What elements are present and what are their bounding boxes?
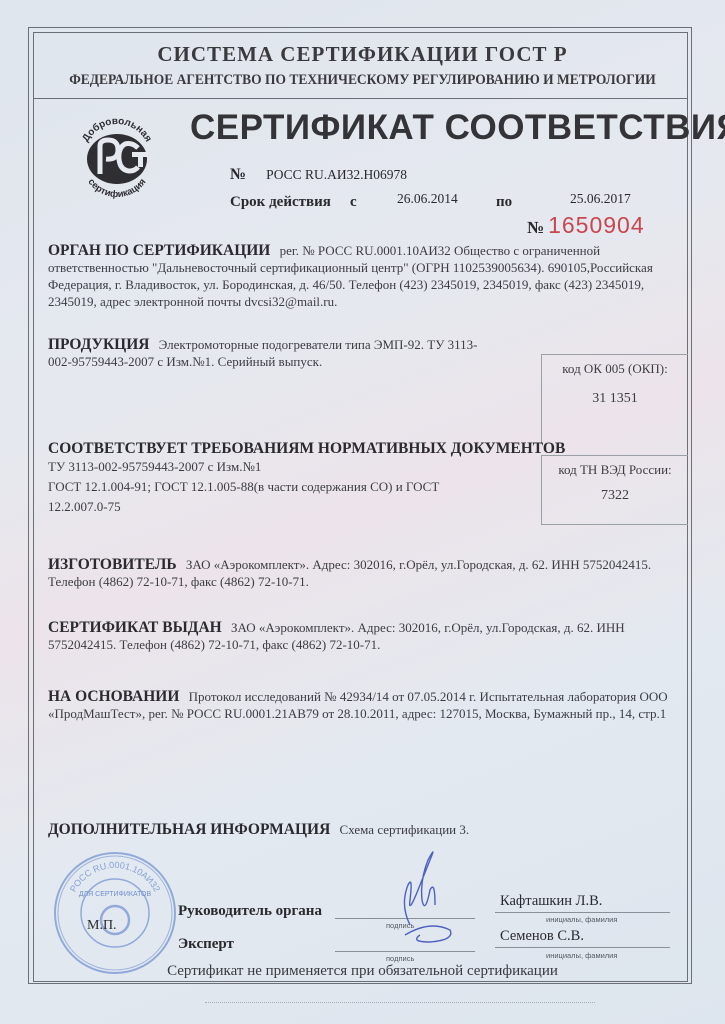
- manufacturer-section: ИЗГОТОВИТЕЛЬ ЗАО «Аэрокомплект». Адрес: …: [48, 556, 688, 590]
- manufacturer-label: ИЗГОТОВИТЕЛЬ: [48, 556, 177, 573]
- tnved-code-box: код ТН ВЭД России: 7322: [541, 455, 688, 525]
- okp-code-value: 31 1351: [542, 391, 688, 407]
- issued-to-label: СЕРТИФИКАТ ВЫДАН: [48, 619, 222, 636]
- agency-name: ФЕДЕРАЛЬНОЕ АГЕНТСТВО ПО ТЕХНИЧЕСКОМУ РЕ…: [25, 72, 699, 89]
- expert-label: Эксперт: [178, 936, 234, 953]
- conformity-doc-line: ГОСТ 12.1.004-91; ГОСТ 12.1.005-88(в час…: [48, 478, 528, 495]
- additional-info-section: ДОПОЛНИТЕЛЬНАЯ ИНФОРМАЦИЯ Схема сертифик…: [48, 821, 688, 838]
- expert-signature-caption: подпись: [386, 954, 414, 963]
- tnved-code-label: код ТН ВЭД России:: [542, 462, 688, 478]
- basis-label: НА ОСНОВАНИИ: [48, 688, 179, 705]
- product-section: ПРОДУКЦИЯ Электромоторные подогреватели …: [48, 336, 488, 370]
- valid-from-date: 26.06.2014: [397, 191, 458, 207]
- blank-number: 1650904: [548, 212, 645, 238]
- head-label: Руководитель органа: [178, 903, 322, 920]
- seal-place-label: М.П.: [87, 918, 117, 934]
- expert-name-caption: инициалы, фамилия: [546, 951, 617, 960]
- additional-info-label: ДОПОЛНИТЕЛЬНАЯ ИНФОРМАЦИЯ: [48, 821, 330, 838]
- blank-number-row: № 1650904: [527, 212, 645, 239]
- validity-to-label: по: [496, 194, 512, 211]
- printer-microtext-line: [205, 1000, 595, 1004]
- head-name-caption: инициалы, фамилия: [546, 915, 617, 924]
- header-divider: [33, 98, 688, 99]
- validity-label: Срок действия: [230, 194, 331, 211]
- issued-to-section: СЕРТИФИКАТ ВЫДАН ЗАО «Аэрокомплект». Адр…: [48, 619, 648, 653]
- basis-section: НА ОСНОВАНИИ Протокол исследований № 429…: [48, 688, 688, 722]
- validity-from-label: с: [350, 194, 357, 211]
- tnved-code-value: 7322: [542, 488, 688, 504]
- blank-number-sign: №: [527, 218, 544, 237]
- conformity-documents: ТУ 3113-002-95759443-2007 с Изм.№1 ГОСТ …: [48, 458, 528, 515]
- head-name-line: [495, 912, 670, 913]
- svg-text:ДЛЯ СЕРТИФИКАТОВ: ДЛЯ СЕРТИФИКАТОВ: [79, 891, 152, 898]
- voluntary-notice: Сертификат не применяется при обязательн…: [0, 963, 725, 980]
- conformity-doc-line: 12.2.007.0-75: [48, 498, 528, 515]
- expert-name-line: [495, 947, 670, 948]
- conformity-label: СООТВЕТСТВУЕТ ТРЕБОВАНИЯМ НОРМАТИВНЫХ ДО…: [48, 440, 565, 458]
- number-sign: №: [230, 166, 246, 183]
- handwritten-signature-icon: [380, 845, 460, 955]
- conformity-doc-line: ТУ 3113-002-95759443-2007 с Изм.№1: [48, 458, 528, 475]
- certificate-title: СЕРТИФИКАТ СООТВЕТСТВИЯ: [190, 108, 725, 148]
- okp-code-label: код ОК 005 (ОКП):: [542, 361, 688, 377]
- seal-stamp-icon: ДЛЯ СЕРТИФИКАТОВ РОСС RU.0001.10АИ32: [50, 848, 180, 978]
- certificate-number: РОСС RU.АИ32.Н06978: [266, 167, 407, 182]
- certification-body-label: ОРГАН ПО СЕРТИФИКАЦИИ: [48, 242, 270, 259]
- rst-logo-icon: Добровольная сертификация: [72, 112, 162, 202]
- additional-info-text: Схема сертификации 3.: [340, 822, 470, 837]
- certificate-number-row: № РОСС RU.АИ32.Н06978: [230, 166, 407, 184]
- expert-name: Семенов С.В.: [500, 928, 584, 945]
- okp-code-box: код ОК 005 (ОКП): 31 1351: [541, 354, 688, 444]
- product-label: ПРОДУКЦИЯ: [48, 336, 150, 353]
- certification-body-section: ОРГАН ПО СЕРТИФИКАЦИИ рег. № РОСС RU.000…: [48, 242, 688, 310]
- system-title: СИСТЕМА СЕРТИФИКАЦИИ ГОСТ Р: [0, 42, 725, 67]
- head-name: Кафташкин Л.В.: [500, 893, 602, 910]
- svg-text:РОСС RU.0001.10АИ32: РОСС RU.0001.10АИ32: [68, 860, 162, 894]
- valid-to-date: 25.06.2017: [570, 191, 631, 207]
